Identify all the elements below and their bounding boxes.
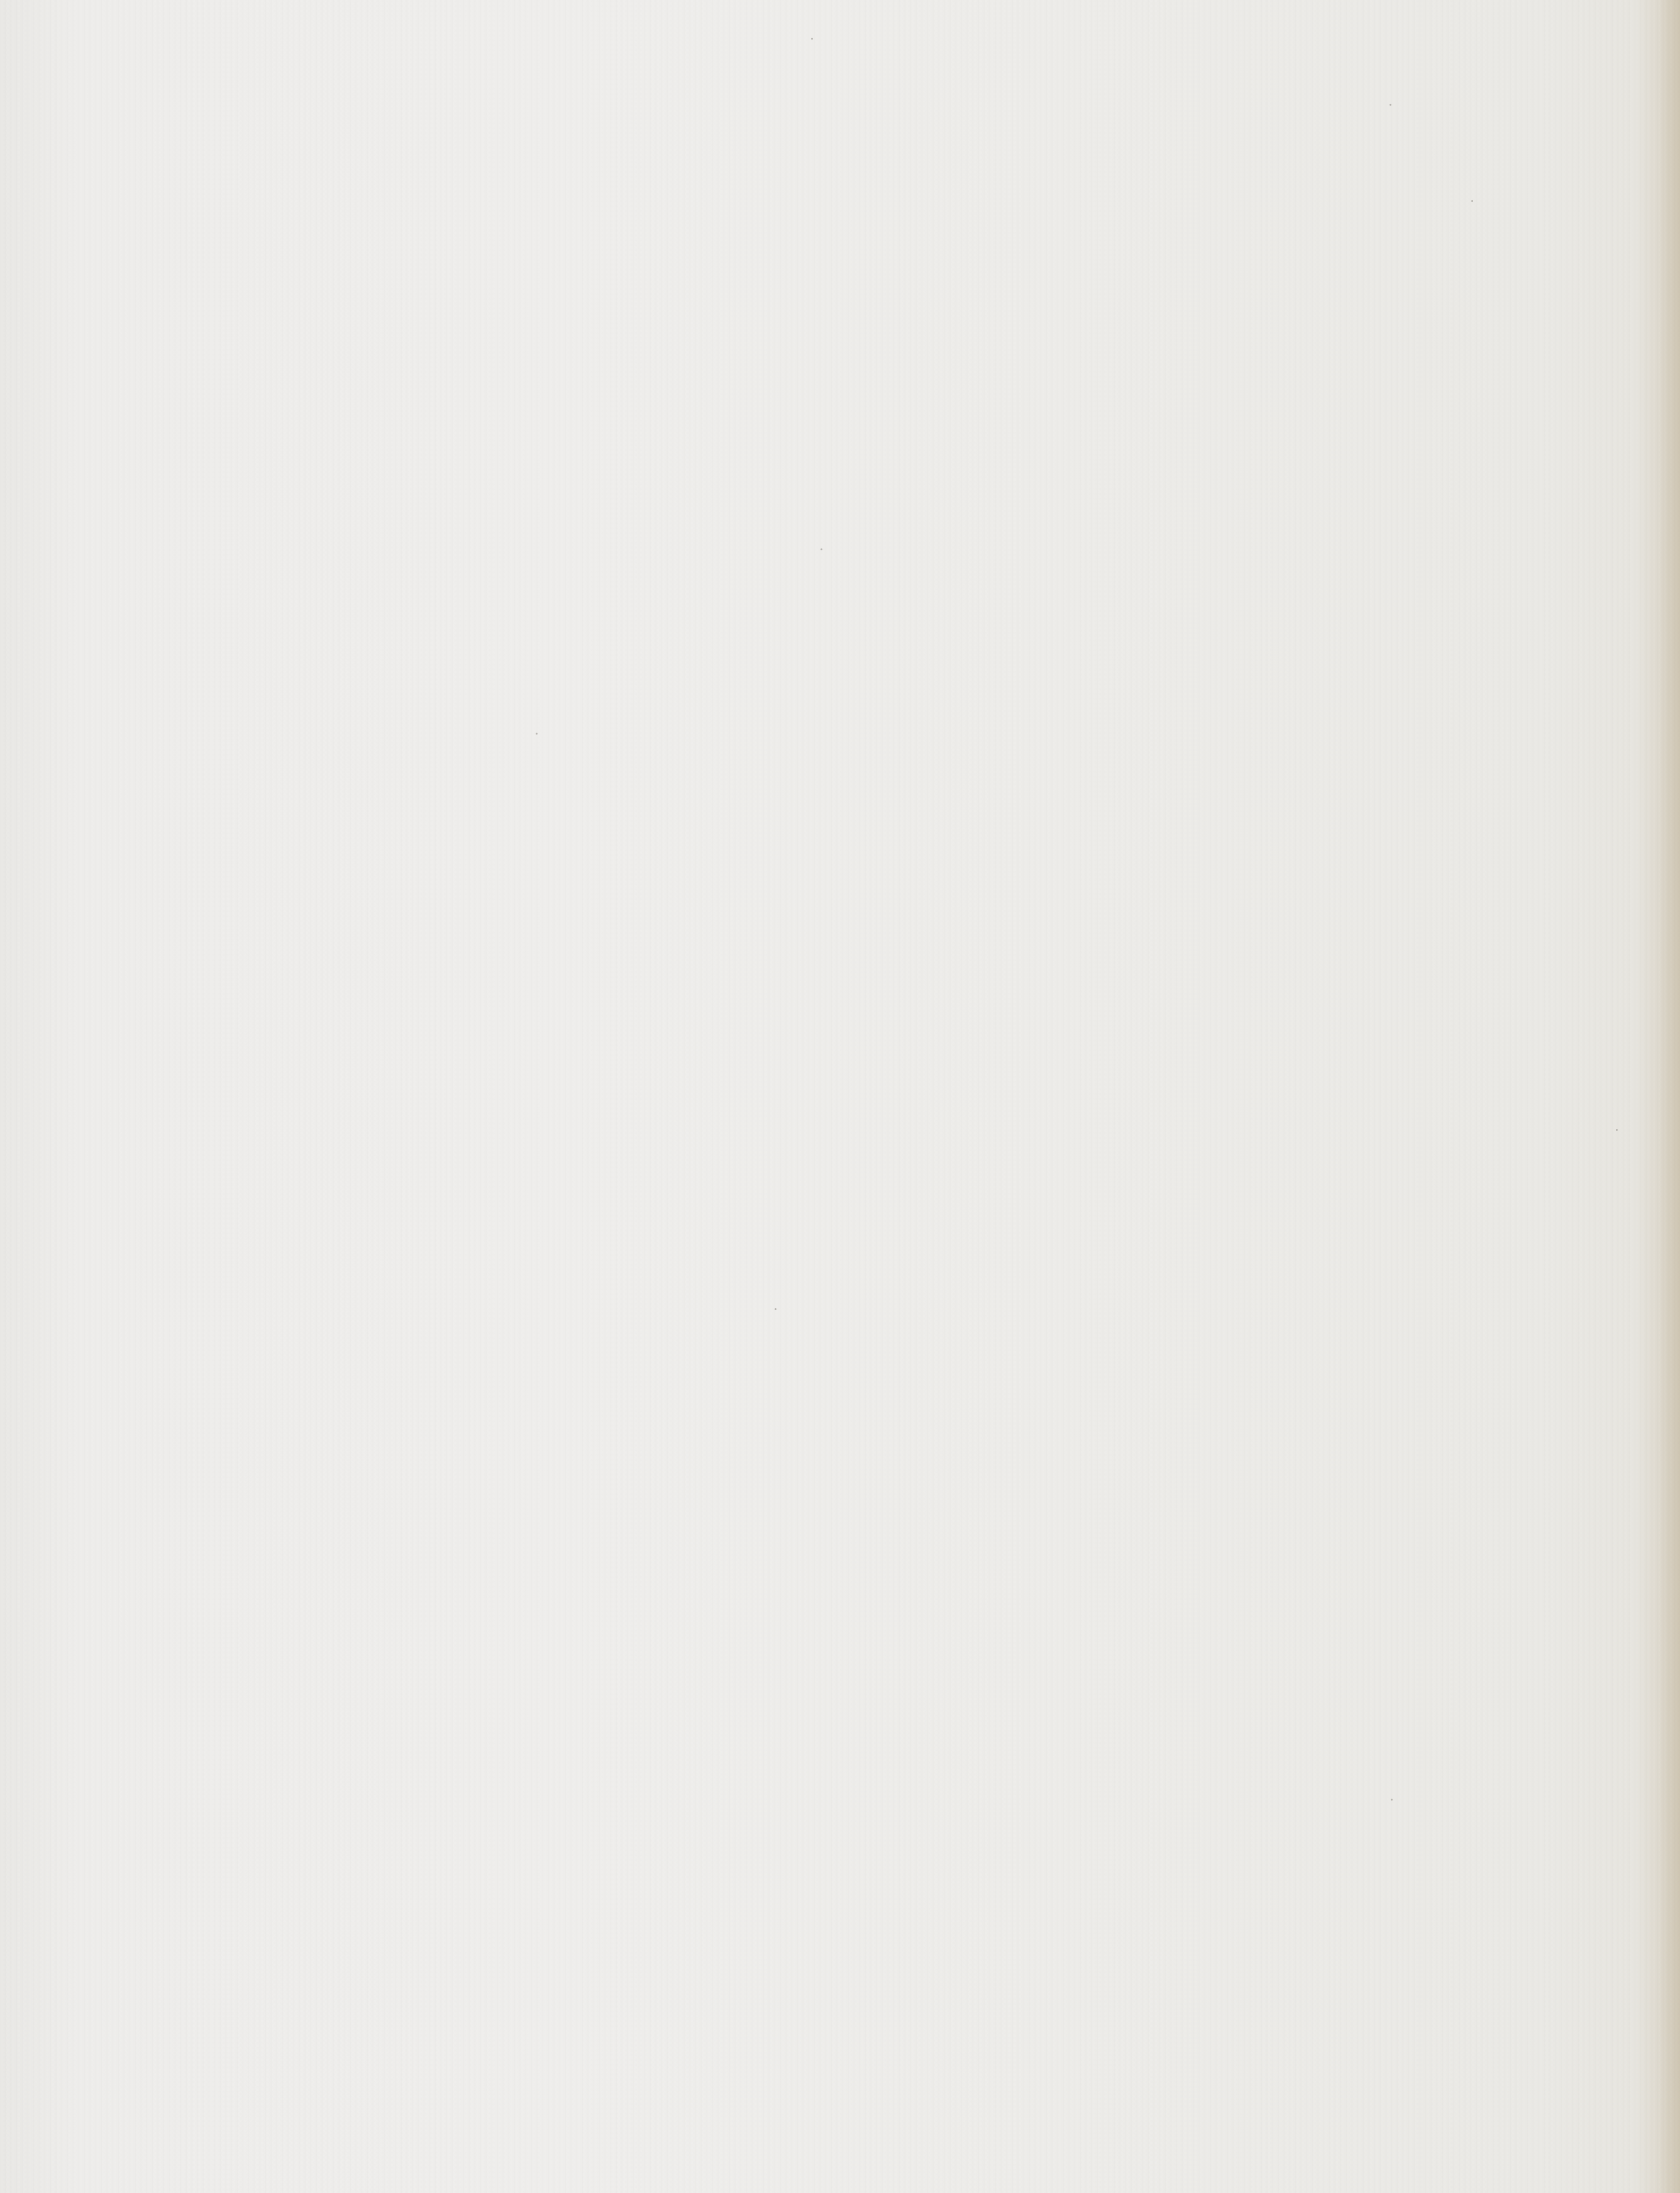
paper-grain-texture <box>0 0 1680 2193</box>
page-right-edge-shadow <box>1659 0 1680 2193</box>
dust-speck <box>1390 104 1391 106</box>
dust-speck <box>775 1308 776 1310</box>
dust-speck <box>1616 1129 1618 1131</box>
dust-speck <box>1471 200 1473 202</box>
dust-speck <box>821 548 822 550</box>
dust-speck <box>536 733 538 735</box>
blank-paper-page <box>0 0 1680 2193</box>
dust-speck <box>811 38 813 40</box>
dust-speck <box>1391 1799 1393 1801</box>
